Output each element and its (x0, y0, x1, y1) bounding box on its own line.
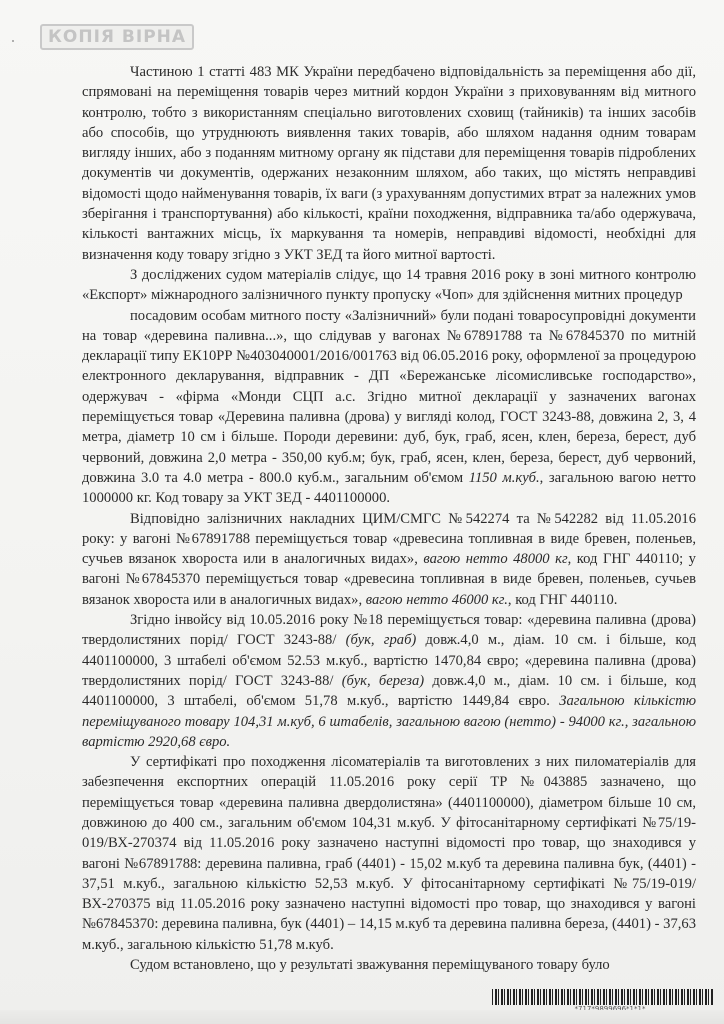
document-body: Частиною 1 статті 483 МК України передба… (82, 62, 696, 975)
text-segment: У сертифікаті про походження лісоматеріа… (82, 754, 696, 953)
paragraph-weighing: Судом встановлено, що у результаті зважу… (82, 955, 696, 975)
paragraph-article-483: Частиною 1 статті 483 МК України передба… (82, 62, 696, 265)
paragraph-invoice: Згідно інвойсу від 10.05.2016 року №18 п… (82, 610, 696, 752)
paragraph-customs-declaration: посадовим особам митного посту «Залізнич… (82, 306, 696, 509)
text-segment-italic: вагою нетто 46000 кг. (366, 592, 508, 608)
text-segment-italic: вагою нетто 48000 кг (423, 551, 567, 567)
text-segment: посадовим особам митного посту «Залізнич… (82, 308, 696, 486)
barcode (492, 989, 714, 1005)
copy-stamp: КОПІЯ ВІРНА (40, 24, 194, 50)
document-page: КОПІЯ ВІРНА Частиною 1 статті 483 МК Укр… (0, 0, 724, 1024)
text-segment-italic: (бук, граб) (346, 632, 417, 648)
paragraph-certificates: У сертифікаті про походження лісоматеріа… (82, 752, 696, 955)
scan-speck (12, 40, 14, 42)
text-segment-italic: (бук, береза) (342, 673, 424, 689)
text-segment: , код ГНГ 440110. (508, 592, 618, 608)
text-segment: Частиною 1 статті 483 МК України передба… (82, 64, 696, 263)
scan-edge (0, 1010, 724, 1024)
text-segment: З досліджених судом матеріалів слідує, щ… (82, 267, 696, 303)
paragraph-railway-waybills: Відповідно залізничних накладних ЦИМ/СМГ… (82, 509, 696, 610)
text-segment-italic: 1150 м.куб. (469, 470, 540, 486)
text-segment: Судом встановлено, що у результаті зважу… (130, 957, 610, 973)
paragraph-court-findings: З досліджених судом матеріалів слідує, щ… (82, 265, 696, 306)
